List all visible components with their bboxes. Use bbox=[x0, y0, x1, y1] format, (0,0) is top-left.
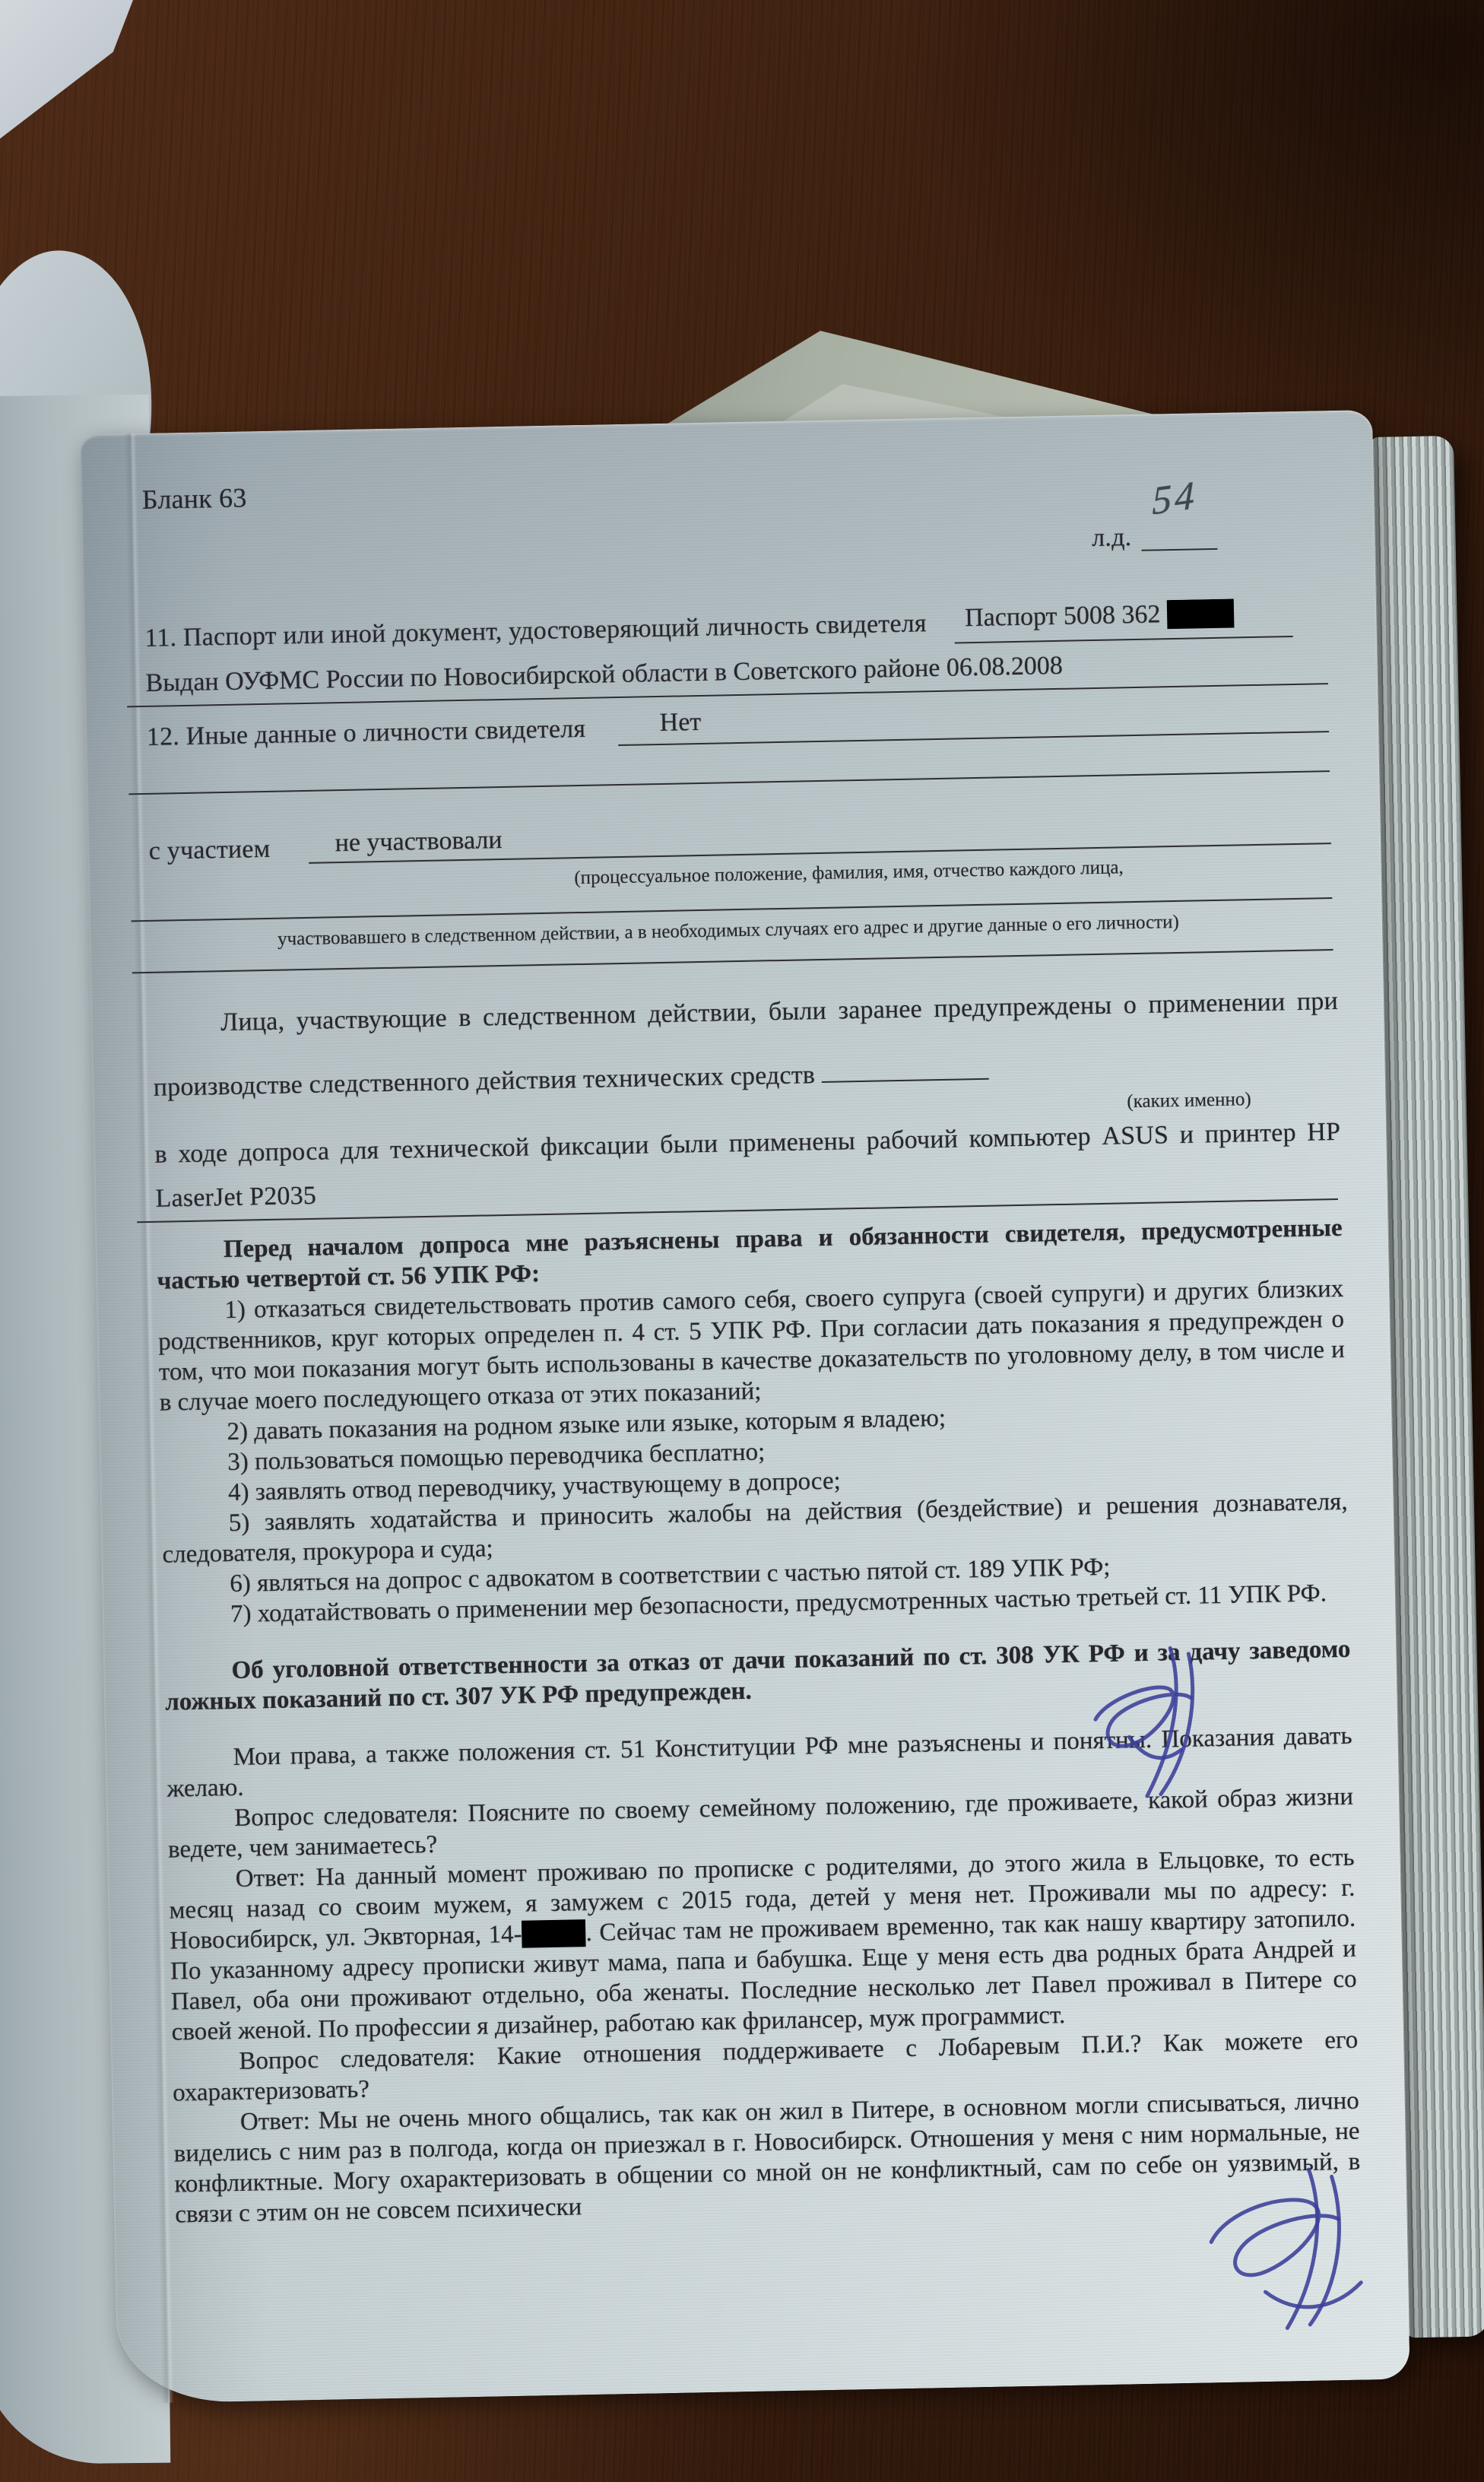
rights-item: 1) отказаться свидетельствовать против с… bbox=[157, 1274, 1346, 1418]
field-12-label: 12. Иные данные о личности свидетеля bbox=[147, 713, 586, 754]
tech-caption: (каких именно) bbox=[1127, 1089, 1251, 1112]
blank-underline bbox=[821, 1057, 989, 1083]
field-11-line2: Выдан ОУФМС России по Новосибирской обла… bbox=[126, 646, 1328, 707]
tech-notice-text: Лица, участвующие в следственном действи… bbox=[153, 987, 1338, 1102]
field-11-value: Паспорт 5008 362 bbox=[954, 598, 1293, 644]
handwritten-sheet-number: 54 bbox=[1152, 472, 1197, 524]
signature-icon bbox=[1193, 2159, 1386, 2338]
signature-icon bbox=[1080, 1641, 1220, 1803]
sheet-number-line bbox=[1141, 519, 1218, 551]
photo-background: Бланк 63 л.д. 54 11. Паспорт или иной до… bbox=[0, 0, 1484, 2482]
sheet-label: л.д. bbox=[1092, 521, 1132, 555]
answer-paragraph: Ответ: Мы не очень много общались, так к… bbox=[173, 2086, 1362, 2230]
answer-paragraph: Ответ: На данный момент проживаю по проп… bbox=[168, 1842, 1357, 2048]
blank-number-label: Бланк 63 bbox=[142, 481, 247, 516]
participation-label: с участием bbox=[148, 833, 270, 868]
passport-number: Паспорт 5008 362 bbox=[965, 600, 1161, 632]
redaction-box bbox=[522, 1920, 586, 1949]
field-11-label: 11. Паспорт или иной документ, удостовер… bbox=[144, 607, 927, 655]
field-12-value: Нет bbox=[617, 696, 1329, 746]
redaction-box bbox=[1167, 599, 1235, 630]
document-page: Бланк 63 л.д. 54 11. Паспорт или иной до… bbox=[80, 410, 1409, 2404]
loose-paper-corner bbox=[0, 0, 133, 144]
